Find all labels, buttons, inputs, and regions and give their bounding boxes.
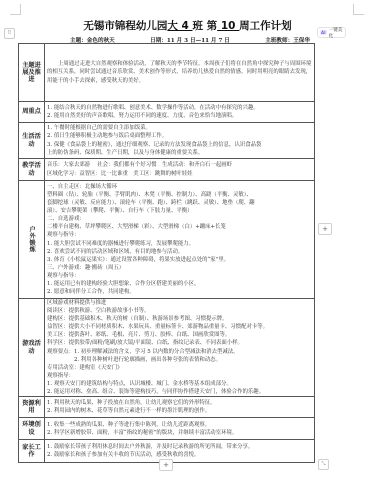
content-line: 观察指导：	[47, 372, 312, 380]
content-line: 区域游戏材料提供与推进	[47, 299, 312, 307]
page-title: 无锡市锦程幼儿园大 4 班 第 10 周工作计划	[0, 18, 375, 33]
content-line: 一、自主走区：北操场大循环	[47, 183, 312, 191]
content-line: 2. 值日生能够积极主动地参与饭后桌面整理工作。	[47, 132, 312, 140]
table-row-teaching: 教学活动 音乐：大家去郊游 社会：我们都有个好习惯 生成活动：和齐白石一起画虾 …	[19, 159, 315, 181]
table-row-week-focus: 周重点 1. 能结合秋天的自然物进行歌唱、创意美术、数学操作等活动，在活动中有探…	[19, 102, 315, 123]
content-line: 阅读区：提供秋游、空白秋游故事小书等。	[47, 307, 312, 315]
content-line: 2. 利用各种树叶进行轮廓描画，画出各种夸张的表情和动态。	[47, 356, 312, 364]
table-row-daily-life: 生活活动 1. 午餐时能根据自己的需要自主添加饭菜。 2. 值日生能够积极主动地…	[19, 123, 315, 159]
title-week: 10	[217, 20, 239, 32]
content-line: 2. 利用园内的树木、花草等自然元素进行不一样的墨汁肌理的创作。	[47, 407, 312, 415]
content-line: 1. 能运用已有的建构经验大胆想象，合作分区搭建美丽的小区。	[47, 280, 312, 288]
title-class-suffix: 班 第	[193, 20, 218, 32]
content-line: 观察与指导：	[47, 231, 312, 239]
row-content[interactable]: 上周通过走进大自然观察和体验活动，了解秋天的季节特征。本周孩子们将在自然角中探究…	[45, 44, 315, 102]
row-content[interactable]: 1. 午餐时能根据自己的需要自主添加饭菜。 2. 值日生能够积极主动地参与饭后桌…	[45, 123, 315, 159]
weekly-plan-table: 主题进展及推进 上周通过走进大自然观察和体验活动，了解秋天的季节特征。本周孩子们…	[18, 43, 315, 463]
table-row-environment: 环境创设 1. 收集一些成熟的瓜果、种子等进行集中陈列，让幼儿近距离观察。 2.…	[19, 418, 315, 440]
content-line: 滚）、安吉攀爬架（攀爬、平衡）、自行车（下肢力量、平衡）	[47, 207, 312, 215]
content-line: 上的防伪条码、保质期、生产日期，以及与身体健康的重要关系。	[47, 149, 312, 157]
row-label: 环境创设	[19, 418, 45, 440]
content-line: 塑料圈（钻）、轮胎（平衡、手臂肌肉）、木凳（平衡、控制力）、高跷（平衡、灵敏）、	[47, 191, 312, 199]
content-line: 二楼平台建构、草坪攀爬区、大型滑梯（彩）、大型滑梯（白）+蹦床+长笼	[47, 223, 312, 231]
content-line: 2. 能用自然美好的声音歌唱，努力运用不同的速度、力度、音色来恰当地演唱。	[47, 112, 312, 120]
content-line: 建构区：提供基础积木、秋天的树（自制）、秋游场景参考图、习惯提示牌。	[47, 315, 312, 323]
row-label: 教学活动	[19, 159, 45, 181]
resize-table-icon[interactable]: ⤡	[318, 459, 329, 470]
page-corner-mark-right	[353, 4, 364, 15]
content-line: 1. 利用秋天的瓜果、种子投放在自然角，让幼儿观察它们的外形特征。	[47, 399, 312, 407]
content-line: 1. 能结合秋天的自然物进行歌唱、创意美术、数学操作等活动，在活动中有探究的兴趣…	[47, 104, 312, 112]
table-row-theme-progress: 主题进展及推进 上周通过走进大自然观察和体验活动，了解秋天的季节特征。本周孩子们…	[19, 44, 315, 102]
content-line: 1. 能大胆尝试不同难度的器械进行攀爬练习，发展攀爬能力。	[47, 240, 312, 248]
row-label: 游戏活动	[19, 299, 45, 397]
page-corner-mark-left	[10, 4, 21, 15]
content-line: 2. 科学区新增胶带、面粉，丰富“指纹的秘密”的版块，并继续丰富活动室环境。	[47, 429, 312, 437]
row-content[interactable]: 1. 利用秋天的瓜果、种子投放在自然角，让幼儿观察它们的外形特征。 2. 利用园…	[45, 397, 315, 418]
content-line: 区域化学习：益智区：比一比谁重 美工区：跳舞的树叶娃娃	[47, 170, 312, 178]
row-content[interactable]: 音乐：大家去郊游 社会：我们都有个好习惯 生成活动：和齐白石一起画虾 区域化学习…	[45, 159, 315, 181]
content-line: 3. 保健《食品袋上的秘密》，通过仔细观察、记录的方法发现食品袋上的信息，认识食…	[47, 141, 312, 149]
add-row-button[interactable]: +	[159, 459, 173, 471]
content-line: 1. 观察天安门的建筑结构与特点，认识城楼、城门、金水桥等基本组成部分。	[47, 380, 312, 388]
content-line: 1. 鼓励家长带孩子利用休息时间去户外秋游，并及时记录秋游的所见所闻，带来分享。	[47, 443, 312, 451]
content-line: 益智区：提供大小不同材质积木、水果玩具、重量标签卡、郊游物品重量卡、习惯配对卡等…	[47, 323, 312, 331]
row-content[interactable]: 1. 鼓励家长带孩子利用休息时间去户外秋游，并及时记录秋游的所见所闻，带来分享。…	[45, 440, 315, 463]
content-line: 观察与指导：	[47, 272, 312, 280]
row-label: 资源利用	[19, 397, 45, 418]
content-line: 2. 鼓励家长和孩子参加有关丰收的节庆活动，感受秋收的喜悦。	[47, 451, 312, 459]
row-content[interactable]: 区域游戏材料提供与推进 阅读区：提供秋游、空白秋游故事小书等。 建构区：提供基础…	[45, 299, 315, 397]
row-label: 主题进展及推进	[19, 44, 45, 102]
row-label: 户外锻炼	[19, 181, 45, 299]
add-column-button[interactable]: +	[318, 223, 332, 235]
row-content[interactable]: 一、自主走区：北操场大循环 塑料圈（钻）、轮胎（平衡、手臂肌肉）、木凳（平衡、控…	[45, 181, 315, 299]
row-content[interactable]: 1. 能结合秋天的自然物进行歌唱、创意美术、数学操作等活动，在活动中有探究的兴趣…	[45, 102, 315, 123]
content-line: 三、户外游戏：趣·搬砖（周五）	[47, 264, 312, 272]
title-suffix: 周工作计划	[239, 20, 292, 32]
content-line: 观察要点：1. 初步理解减法的含义，学习 5 以内数的分合型减法和消去型减法。	[47, 348, 312, 356]
table-row-resources: 资源利用 1. 利用秋天的瓜果、种子投放在自然角，让幼儿观察它们的外形特征。 2…	[19, 397, 315, 418]
row-label: 周重点	[19, 102, 45, 123]
content-line: 音乐：大家去郊游 社会：我们都有个好习惯 生成活动：和齐白石一起画虾	[47, 161, 312, 169]
title-school: 无锡市锦程幼儿园	[83, 20, 167, 32]
row-label: 生活活动	[19, 123, 45, 159]
content-line: 套脚挖球（灵敏、反应能力）、滚轮车（平衡、跑）、跨栏（跳跃、灵敏）、地垫（爬、翻	[47, 199, 312, 207]
content-line: 美工区：提供落叶、彩纸、毛根、亮片、剪刀、胶棒、白纸、国画欣赏图等。	[47, 331, 312, 339]
title-class: 大 4	[167, 20, 192, 32]
content-line: 3. 体育《小松鼠运果实》：通过设置各种障碍，将果实放进起点处的“家”里。	[47, 256, 312, 264]
content-line: 1. 收集一些成熟的瓜果、种子等进行集中陈列，让幼儿近距离观察。	[47, 421, 312, 429]
content-line: 二、自选游戏：	[47, 215, 312, 223]
content-line: 1. 午餐时能根据自己的需要自主添加饭菜。	[47, 124, 312, 132]
content-line: 2. 能运用对称、垒高、组合、装饰等建构技巧，与同伴协作搭建天安门，体验合作的乐…	[47, 388, 312, 396]
content-line: 2. 喜欢尝试不同的活动区域和区域，有目的地参与活动。	[47, 248, 312, 256]
row-label: 家长工作	[19, 440, 45, 463]
table-row-outdoor-exercise: 户外锻炼 一、自主走区：北操场大循环 塑料圈（钻）、轮胎（平衡、手臂肌肉）、木凳…	[19, 181, 315, 299]
content-line: 上周通过走进大自然观察和体验活动，了解秋天的季节特征。本周孩子们将在自然角中探究…	[47, 60, 312, 84]
content-line: 2. 愿意和同伴分工合作，共同建构。	[47, 288, 312, 296]
content-line: 科学区：提供胶带/面粉/笔刷/放大镜/平面镜、白纸、指纹记录表、不同表面小样。	[47, 339, 312, 347]
content-line: 专用活动室：建构室《天安门》	[47, 364, 312, 372]
row-content[interactable]: 1. 收集一些成熟的瓜果、种子等进行集中陈列，让幼儿近距离观察。 2. 科学区新…	[45, 418, 315, 440]
table-row-games: 游戏活动 区域游戏材料提供与推进 阅读区：提供秋游、空白秋游故事小书等。 建构区…	[19, 299, 315, 397]
